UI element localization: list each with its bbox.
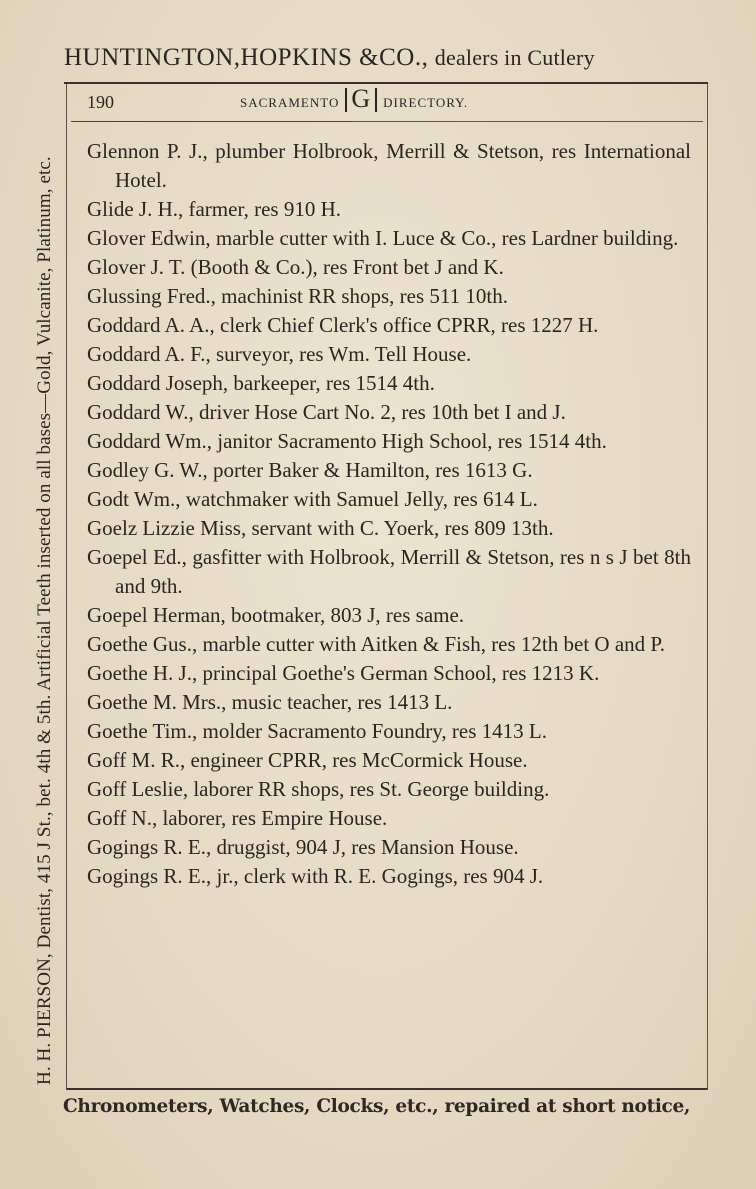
directory-entry: Goddard Wm., janitor Sacramento High Sch… (87, 427, 691, 456)
directory-entry: Godley G. W., porter Baker & Hamilton, r… (87, 456, 691, 485)
running-head: 190 Sacramento G Directory. (87, 88, 687, 118)
title-directory: Directory. (383, 95, 468, 111)
header-advertisement: HUNTINGTON,HOPKINS &CO., dealers in Cutl… (64, 44, 714, 72)
directory-entry: Goff M. R., engineer CPRR, res McCormick… (87, 746, 691, 775)
directory-entries: Glennon P. J., plumber Holbrook, Merrill… (87, 137, 691, 891)
directory-entry: Goddard W., driver Hose Cart No. 2, res … (87, 398, 691, 427)
directory-entry: Goddard Joseph, barkeeper, res 1514 4th. (87, 369, 691, 398)
section-letter: G (345, 88, 377, 112)
directory-entry: Glide J. H., farmer, res 910 H. (87, 195, 691, 224)
directory-entry: Goethe H. J., principal Goethe's German … (87, 659, 691, 688)
directory-entry: Glover Edwin, marble cutter with I. Luce… (87, 224, 691, 253)
advertiser-firm-name: HUNTINGTON,HOPKINS &CO., (64, 44, 428, 71)
directory-entry: Godt Wm., watchmaker with Samuel Jelly, … (87, 485, 691, 514)
title-city: Sacramento (240, 95, 339, 111)
page-title: Sacramento G Directory. (240, 94, 468, 112)
directory-entry: Goelz Lizzie Miss, servant with C. Yoerk… (87, 514, 691, 543)
head-rule-accent (352, 121, 702, 122)
directory-entry: Glennon P. J., plumber Holbrook, Merrill… (87, 137, 691, 195)
advertiser-trade: dealers in Cutlery (435, 45, 595, 70)
directory-entry: Goethe Tim., molder Sacramento Foundry, … (87, 717, 691, 746)
directory-entry: Glover J. T. (Booth & Co.), res Front be… (87, 253, 691, 282)
directory-entry: Goddard A. A., clerk Chief Clerk's offic… (87, 311, 691, 340)
directory-entry: Goff Leslie, laborer RR shops, res St. G… (87, 775, 691, 804)
directory-entry: Gogings R. E., jr., clerk with R. E. Gog… (87, 862, 691, 891)
page-number: 190 (87, 92, 114, 113)
directory-entry: Goethe M. Mrs., music teacher, res 1413 … (87, 688, 691, 717)
directory-entry: Gogings R. E., druggist, 904 J, res Mans… (87, 833, 691, 862)
directory-entry: Goethe Gus., marble cutter with Aitken &… (87, 630, 691, 659)
directory-entry: Goddard A. F., surveyor, res Wm. Tell Ho… (87, 340, 691, 369)
directory-entry: Goepel Herman, bootmaker, 803 J, res sam… (87, 601, 691, 630)
directory-entry: Glussing Fred., machinist RR shops, res … (87, 282, 691, 311)
footer-advertisement: Chronometers, Watches, Clocks, etc., rep… (63, 1096, 713, 1117)
directory-entry: Goff N., laborer, res Empire House. (87, 804, 691, 833)
directory-entry: Goepel Ed., gasfitter with Holbrook, Mer… (87, 543, 691, 601)
side-advertisement: H. H. PIERSON, Dentist, 415 J St., bet. … (34, 45, 56, 1085)
